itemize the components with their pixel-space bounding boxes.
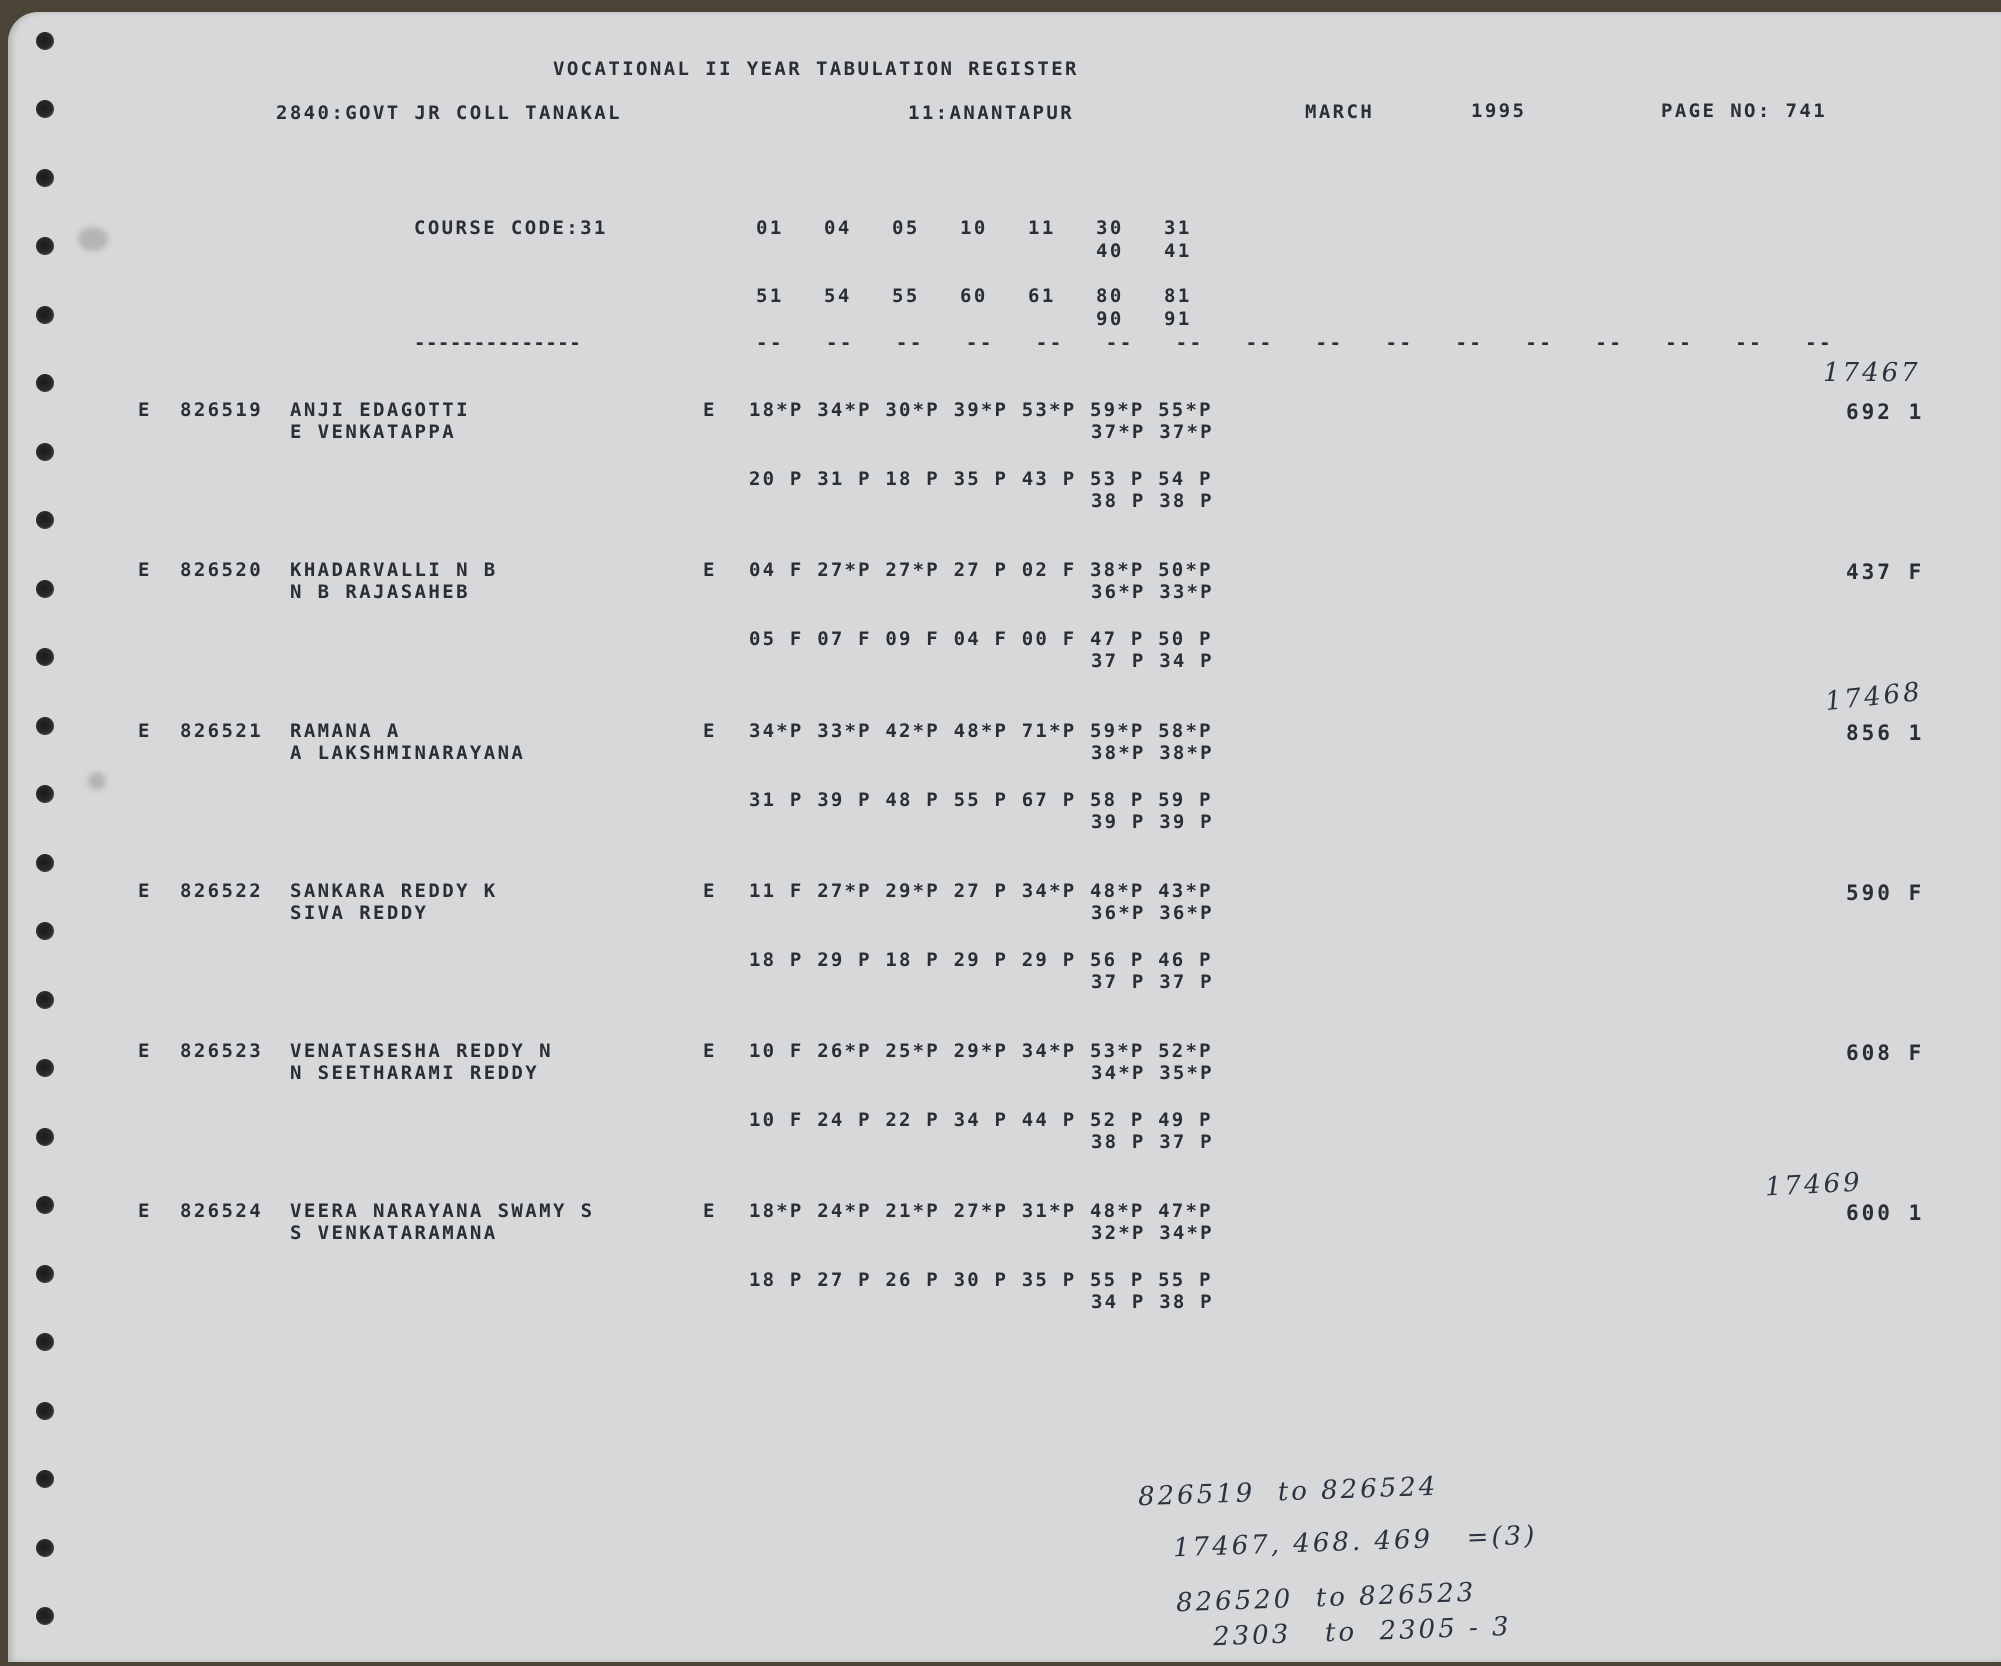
student-name: RAMANA A xyxy=(290,722,401,741)
sprocket-hole xyxy=(36,32,54,50)
sprocket-hole xyxy=(36,237,54,255)
handwritten-line: 826520 to 826523 xyxy=(1176,1580,1477,1616)
roll-number: 826524 xyxy=(180,1202,263,1221)
student-name: VEERA NARAYANA SWAMY S xyxy=(290,1202,594,1221)
handwritten-line: 17467, 468. 469 =(3) xyxy=(1173,1523,1538,1562)
paper-smudge xyxy=(88,772,106,790)
marks-row1b: 38*P 38*P xyxy=(1091,744,1214,763)
handwritten-serial: 17469 xyxy=(1764,1169,1863,1200)
marks-row2: 18 P 29 P 18 P 29 P 29 P 56 P 46 P xyxy=(749,951,1213,970)
handwritten-serial: 17467 xyxy=(1823,360,1921,386)
sprocket-hole xyxy=(36,1402,54,1420)
marks-row1b: 34*P 35*P xyxy=(1091,1064,1214,1083)
subject-code: 40 xyxy=(1096,242,1124,261)
paper-smudge xyxy=(78,227,108,251)
subject-code: 81 xyxy=(1164,287,1192,306)
subject-code: 05 xyxy=(892,219,920,238)
candidate-type: E xyxy=(138,722,152,741)
parent-name: A LAKSHMINARAYANA xyxy=(290,744,525,763)
marks-row1: 18*P 24*P 21*P 27*P 31*P 48*P 47*P xyxy=(749,1202,1213,1221)
sprocket-hole xyxy=(36,1333,54,1351)
sprocket-hole xyxy=(36,1539,54,1557)
tabulation-sheet: VOCATIONAL II YEAR TABULATION REGISTER 2… xyxy=(8,12,2001,1662)
marks-row1b: 36*P 36*P xyxy=(1091,904,1214,923)
sprocket-hole xyxy=(36,511,54,529)
marks-row1b: 37*P 37*P xyxy=(1091,423,1214,442)
parent-name: SIVA REDDY xyxy=(290,904,428,923)
sprocket-hole xyxy=(36,1196,54,1214)
student-name: ANJI EDAGOTTI xyxy=(290,401,470,420)
medium: E xyxy=(703,1202,717,1221)
candidate-type: E xyxy=(138,561,152,580)
marks-row2b: 37 P 34 P xyxy=(1091,652,1214,671)
subject-code: 54 xyxy=(824,287,852,306)
subject-code: 80 xyxy=(1096,287,1124,306)
roll-number: 826523 xyxy=(180,1042,263,1061)
roll-number: 826519 xyxy=(180,401,263,420)
total-result: 692 1 xyxy=(1846,400,1924,424)
total-result: 590 F xyxy=(1846,881,1924,905)
sprocket-hole xyxy=(36,169,54,187)
marks-row2b: 34 P 38 P xyxy=(1091,1293,1214,1312)
handwritten-line: 2303 to 2305 - 3 xyxy=(1213,1614,1512,1650)
medium: E xyxy=(703,401,717,420)
total-result: 437 F xyxy=(1846,560,1924,584)
marks-row1: 11 F 27*P 29*P 27 P 34*P 48*P 43*P xyxy=(749,882,1213,901)
handwritten-serial: 17468 xyxy=(1824,679,1924,715)
course-code-label: COURSE CODE:31 xyxy=(414,219,608,238)
sprocket-hole xyxy=(36,1265,54,1283)
medium: E xyxy=(703,882,717,901)
subject-code: 91 xyxy=(1164,310,1192,329)
college-name: 2840:GOVT JR COLL TANAKAL xyxy=(276,104,622,123)
sprocket-hole xyxy=(36,1607,54,1625)
candidate-type: E xyxy=(138,1042,152,1061)
sprocket-hole xyxy=(36,1128,54,1146)
sprocket-hole xyxy=(36,1059,54,1077)
parent-name: N B RAJASAHEB xyxy=(290,583,470,602)
subject-code: 01 xyxy=(756,219,784,238)
marks-row1b: 32*P 34*P xyxy=(1091,1224,1214,1243)
student-name: KHADARVALLI N B xyxy=(290,561,498,580)
subject-code: 55 xyxy=(892,287,920,306)
total-result: 608 F xyxy=(1846,1041,1924,1065)
marks-row2b: 39 P 39 P xyxy=(1091,813,1214,832)
marks-row2b: 38 P 38 P xyxy=(1091,492,1214,511)
marks-row1b: 36*P 33*P xyxy=(1091,583,1214,602)
student-name: VENATASESHA REDDY N xyxy=(290,1042,553,1061)
marks-row1: 10 F 26*P 25*P 29*P 34*P 53*P 52*P xyxy=(749,1042,1213,1061)
candidate-type: E xyxy=(138,882,152,901)
marks-row2b: 38 P 37 P xyxy=(1091,1133,1214,1152)
subject-code: 10 xyxy=(960,219,988,238)
medium: E xyxy=(703,722,717,741)
student-name: SANKARA REDDY K xyxy=(290,882,498,901)
handwritten-line: 826519 to 826524 xyxy=(1138,1474,1439,1510)
sprocket-hole xyxy=(36,374,54,392)
sprocket-hole xyxy=(36,785,54,803)
subject-code: 41 xyxy=(1164,242,1192,261)
sprocket-hole xyxy=(36,100,54,118)
exam-year: 1995 xyxy=(1471,102,1526,121)
page-number: PAGE NO: 741 xyxy=(1661,102,1827,121)
register-title: VOCATIONAL II YEAR TABULATION REGISTER xyxy=(553,60,1079,79)
total-result: 600 1 xyxy=(1846,1201,1924,1225)
roll-number: 826520 xyxy=(180,561,263,580)
sprocket-hole xyxy=(36,854,54,872)
sprocket-hole xyxy=(36,1470,54,1488)
roll-number: 826521 xyxy=(180,722,263,741)
marks-row2: 18 P 27 P 26 P 30 P 35 P 55 P 55 P xyxy=(749,1271,1213,1290)
marks-row1: 18*P 34*P 30*P 39*P 53*P 59*P 55*P xyxy=(749,401,1213,420)
marks-row2: 31 P 39 P 48 P 55 P 67 P 58 P 59 P xyxy=(749,791,1213,810)
sprocket-hole xyxy=(36,922,54,940)
candidate-type: E xyxy=(138,1202,152,1221)
candidate-type: E xyxy=(138,401,152,420)
parent-name: E VENKATAPPA xyxy=(290,423,456,442)
total-result: 856 1 xyxy=(1846,721,1924,745)
medium: E xyxy=(703,561,717,580)
marks-row2b: 37 P 37 P xyxy=(1091,973,1214,992)
exam-month: MARCH xyxy=(1305,103,1374,122)
subject-code: 51 xyxy=(756,287,784,306)
sprocket-hole xyxy=(36,580,54,598)
subject-code: 60 xyxy=(960,287,988,306)
marks-row2: 20 P 31 P 18 P 35 P 43 P 53 P 54 P xyxy=(749,470,1213,489)
subject-code: 31 xyxy=(1164,219,1192,238)
medium: E xyxy=(703,1042,717,1061)
subject-code: 30 xyxy=(1096,219,1124,238)
sprocket-hole xyxy=(36,306,54,324)
label-underline: -------------- xyxy=(414,332,581,354)
parent-name: N SEETHARAMI REDDY xyxy=(290,1064,539,1083)
sprocket-hole xyxy=(36,443,54,461)
sprocket-hole xyxy=(36,717,54,735)
subject-code: 90 xyxy=(1096,310,1124,329)
subject-code: 04 xyxy=(824,219,852,238)
sprocket-hole xyxy=(36,648,54,666)
parent-name: S VENKATARAMANA xyxy=(290,1224,498,1243)
marks-row2: 10 F 24 P 22 P 34 P 44 P 52 P 49 P xyxy=(749,1111,1213,1130)
sprocket-hole xyxy=(36,991,54,1009)
district-name: 11:ANANTAPUR xyxy=(908,104,1074,123)
marks-row1: 04 F 27*P 27*P 27 P 02 F 38*P 50*P xyxy=(749,561,1213,580)
marks-row1: 34*P 33*P 42*P 48*P 71*P 59*P 58*P xyxy=(749,722,1213,741)
column-separator: -- -- -- -- -- -- -- -- -- -- -- -- -- -… xyxy=(756,332,1833,354)
subject-code: 11 xyxy=(1028,219,1056,238)
marks-row2: 05 F 07 F 09 F 04 F 00 F 47 P 50 P xyxy=(749,630,1213,649)
subject-code: 61 xyxy=(1028,287,1056,306)
roll-number: 826522 xyxy=(180,882,263,901)
